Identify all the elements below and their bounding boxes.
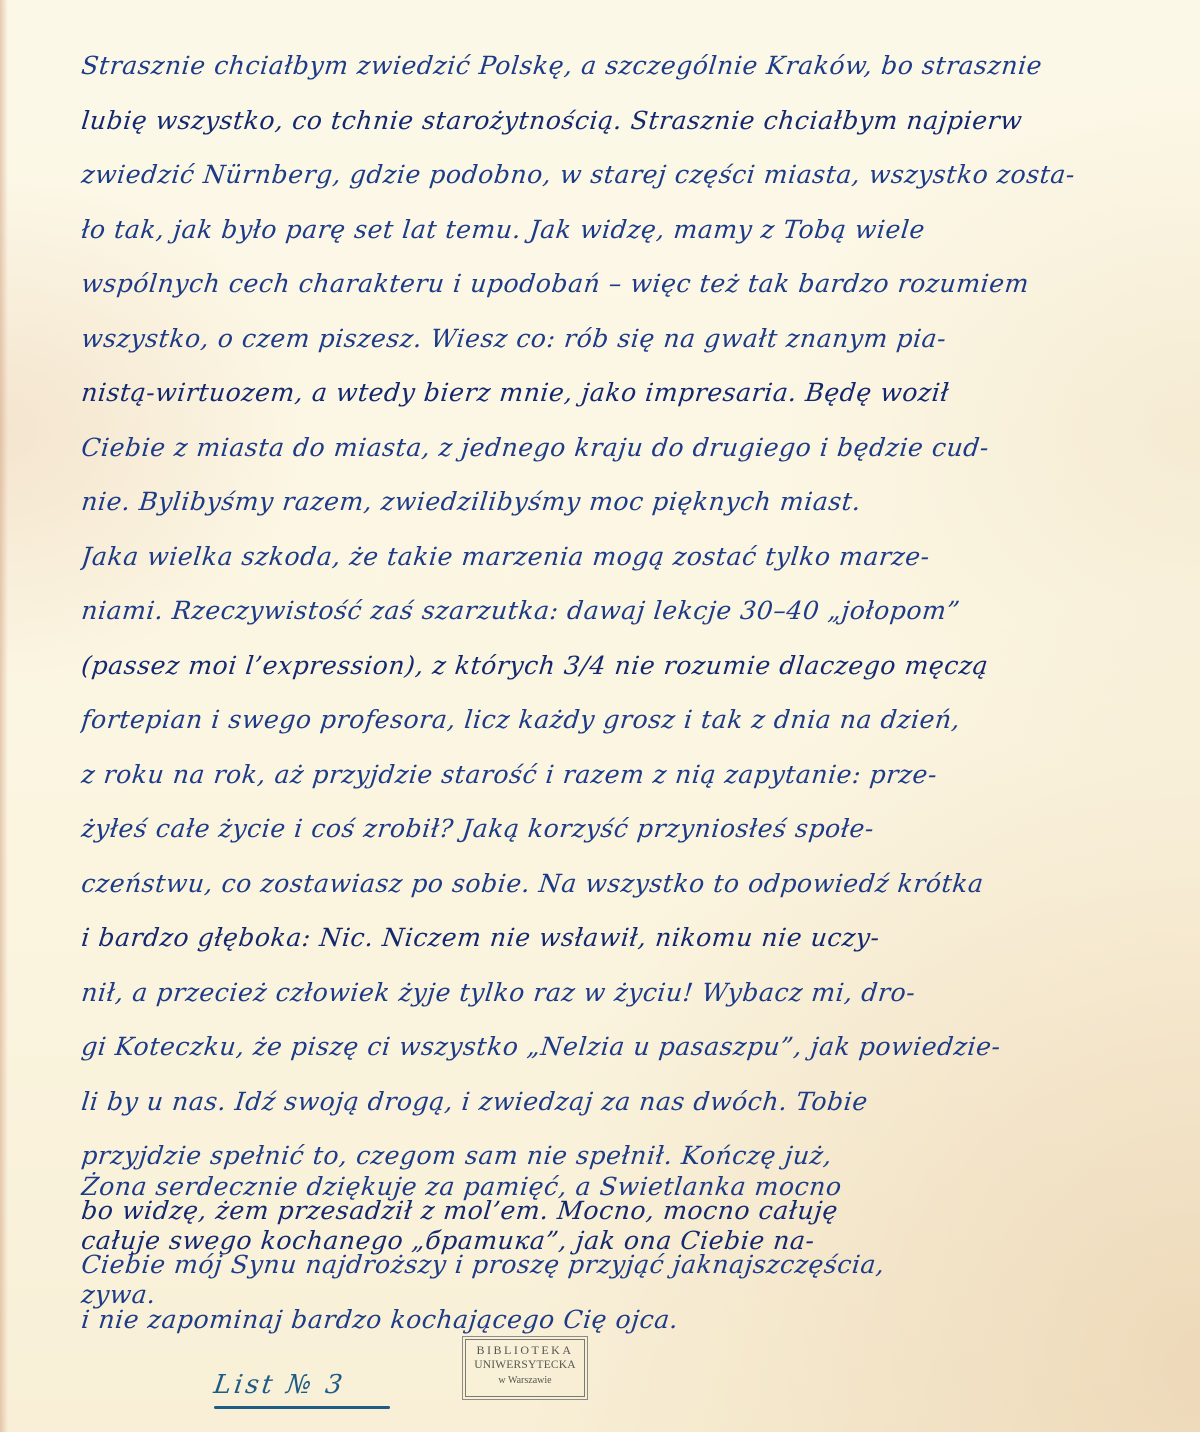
annotation-underline bbox=[214, 1406, 390, 1409]
handwritten-line: ło tak, jak było parę set lat temu. Jak … bbox=[78, 208, 1194, 263]
handwritten-line: Żona serdecznie dziękuje za pamięć, a Sw… bbox=[78, 1165, 1194, 1219]
paper-edge-stain bbox=[0, 0, 8, 1432]
handwritten-line: (passez moi l’expression), z których 3/4… bbox=[78, 644, 1194, 699]
handwritten-line: Ciebie z miasta do miasta, z jednego kra… bbox=[78, 426, 1194, 481]
handwritten-line: Strasznie chciałbym zwiedzić Polskę, a s… bbox=[78, 44, 1194, 99]
handwritten-line: Jaka wielka szkoda, że takie marzenia mo… bbox=[78, 535, 1194, 590]
handwritten-line: fortepian i swego profesora, licz każdy … bbox=[78, 698, 1194, 753]
postscript: Żona serdecznie dziękuje za pamięć, a Sw… bbox=[78, 1165, 1188, 1327]
handwritten-line: żyłeś całe życie i coś zrobił? Jaką korz… bbox=[78, 807, 1194, 862]
handwritten-line: całuje swego kochanego „братика”, jak on… bbox=[78, 1219, 1194, 1273]
handwritten-line: zywa. bbox=[78, 1273, 1194, 1327]
scanned-letter-page: Strasznie chciałbym zwiedzić Polskę, a s… bbox=[0, 0, 1200, 1432]
handwritten-line: lubię wszystko, co tchnie starożytnością… bbox=[78, 99, 1194, 154]
handwritten-line: zwiedzić Nürnberg, gdzie podobno, w star… bbox=[78, 153, 1194, 208]
stamp-line-3: w Warszawie bbox=[466, 1373, 584, 1388]
handwritten-line: z roku na rok, aż przyjdzie starość i ra… bbox=[78, 753, 1194, 808]
letter-number-annotation: List № 3 bbox=[212, 1370, 347, 1400]
handwritten-line: czeństwu, co zostawiasz po sobie. Na wsz… bbox=[78, 862, 1194, 917]
handwritten-line: li by u nas. Idź swoją drogą, i zwiedzaj… bbox=[78, 1080, 1194, 1135]
handwritten-line: wspólnych cech charakteru i upodobań – w… bbox=[78, 262, 1194, 317]
handwritten-line: wszystko, o czem piszesz. Wiesz co: rób … bbox=[78, 317, 1194, 372]
handwritten-line: i bardzo głęboka: Nic. Niczem nie wsławi… bbox=[78, 916, 1194, 971]
handwritten-line: niami. Rzeczywistość zaś szarzutka: dawa… bbox=[78, 589, 1194, 644]
stamp-line-1: BIBLIOTEKA bbox=[466, 1343, 584, 1358]
handwritten-line: gi Koteczku, że piszę ci wszystko „Nelzi… bbox=[78, 1025, 1194, 1080]
handwritten-line: nie. Bylibyśmy razem, zwiedzilibyśmy moc… bbox=[78, 480, 1194, 535]
library-stamp: BIBLIOTEKA UNIWERSYTECKA w Warszawie bbox=[465, 1339, 585, 1397]
handwritten-line: nił, a przecież człowiek żyje tylko raz … bbox=[78, 971, 1194, 1026]
letter-body: Strasznie chciałbym zwiedzić Polskę, a s… bbox=[78, 44, 1188, 1352]
handwritten-line: nistą-wirtuozem, a wtedy bierz mnie, jak… bbox=[78, 371, 1194, 426]
stamp-line-2: UNIWERSYTECKA bbox=[466, 1358, 584, 1373]
